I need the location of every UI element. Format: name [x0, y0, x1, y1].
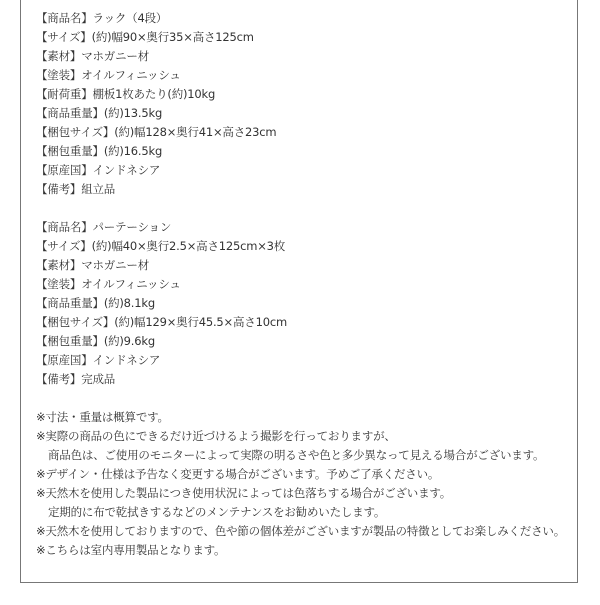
spec-label: 【サイズ】 — [36, 239, 92, 253]
spec-row-finish: 【塗装】オイルフィニッシュ — [36, 275, 566, 294]
spec-label: 【梱包重量】 — [36, 334, 104, 348]
spec-row-finish: 【塗装】オイルフィニッシュ — [36, 66, 566, 85]
spec-value: 組立品 — [81, 182, 115, 196]
spec-label: 【素材】 — [36, 49, 81, 63]
spec-row-size: 【サイズ】(約)幅90×奥行35×高さ125cm — [36, 28, 566, 47]
spec-row-package-size: 【梱包サイズ】(約)幅129×奥行45.5×高さ10cm — [36, 313, 566, 332]
spec-value: 完成品 — [81, 372, 115, 386]
spec-label: 【梱包重量】 — [36, 144, 104, 158]
spec-label: 【塗装】 — [36, 68, 81, 82]
spec-label: 【商品名】 — [36, 11, 93, 25]
spec-row-size: 【サイズ】(約)幅40×奥行2.5×高さ125cm×3枚 — [36, 237, 566, 256]
spec-row-name: 【商品名】パーテーション — [36, 218, 566, 237]
spec-label: 【備考】 — [36, 372, 81, 386]
note-line: ※こちらは室内専用製品となります。 — [36, 541, 566, 560]
spec-label: 【備考】 — [36, 182, 81, 196]
note-line: ※天然木を使用した製品につき使用状況によっては色落ちする場合がございます。 — [36, 484, 566, 503]
spec-row-origin: 【原産国】インドネシア — [36, 351, 566, 370]
spec-value: オイルフィニッシュ — [81, 68, 181, 82]
spec-row-origin: 【原産国】インドネシア — [36, 161, 566, 180]
spec-label: 【塗装】 — [36, 277, 81, 291]
spec-label: 【サイズ】 — [36, 30, 92, 44]
spec-label: 【耐荷重】 — [36, 87, 93, 101]
spec-value: マホガニー材 — [81, 258, 149, 272]
spec-row-package-weight: 【梱包重量】(約)9.6kg — [36, 332, 566, 351]
spec-label: 【梱包サイズ】 — [36, 315, 114, 329]
notes-section: ※寸法・重量は概算です。 ※実際の商品の色にできるだけ近づけるよう撮影を行ってお… — [36, 408, 566, 560]
spec-label: 【原産国】 — [36, 353, 93, 367]
product-spec-rack: 【商品名】ラック（4段） 【サイズ】(約)幅90×奥行35×高さ125cm 【素… — [36, 9, 566, 199]
spec-content: 【商品名】ラック（4段） 【サイズ】(約)幅90×奥行35×高さ125cm 【素… — [36, 9, 566, 560]
note-line: 商品色は、ご使用のモニターによって実際の明るさや色と多少異なって見える場合がござ… — [36, 446, 566, 465]
spec-row-remarks: 【備考】完成品 — [36, 370, 566, 389]
spec-row-weight: 【商品重量】(約)8.1kg — [36, 294, 566, 313]
spec-row-package-weight: 【梱包重量】(約)16.5kg — [36, 142, 566, 161]
spec-value: インドネシア — [93, 163, 161, 177]
note-line: ※デザイン・仕様は予告なく変更する場合がございます。予めご了承ください。 — [36, 465, 566, 484]
section-spacer — [36, 199, 566, 218]
spec-value: (約)幅128×奥行41×高さ23cm — [114, 125, 276, 139]
section-spacer — [36, 389, 566, 408]
spec-value: (約)8.1kg — [104, 296, 155, 310]
spec-label: 【商品重量】 — [36, 296, 104, 310]
spec-row-material: 【素材】マホガニー材 — [36, 47, 566, 66]
spec-value: 棚板1枚あたり(約)10kg — [93, 87, 216, 101]
spec-row-load-capacity: 【耐荷重】棚板1枚あたり(約)10kg — [36, 85, 566, 104]
note-line: ※天然木を使用しておりますので、色や節の個体差がございますが製品の特徴としてお楽… — [36, 522, 566, 541]
spec-row-name: 【商品名】ラック（4段） — [36, 9, 566, 28]
spec-value: (約)16.5kg — [104, 144, 162, 158]
spec-label: 【商品重量】 — [36, 106, 104, 120]
note-line: 定期的に布で乾拭きするなどのメンテナンスをお勧めいたします。 — [36, 503, 566, 522]
note-line: ※実際の商品の色にできるだけ近づけるよう撮影を行っておりますが、 — [36, 427, 566, 446]
spec-value: (約)幅90×奥行35×高さ125cm — [92, 30, 254, 44]
spec-label: 【素材】 — [36, 258, 81, 272]
spec-row-material: 【素材】マホガニー材 — [36, 256, 566, 275]
spec-value: (約)幅129×奥行45.5×高さ10cm — [114, 315, 287, 329]
spec-label: 【商品名】 — [36, 220, 93, 234]
spec-value: (約)13.5kg — [104, 106, 162, 120]
spec-value: パーテーション — [93, 220, 172, 234]
spec-value: インドネシア — [93, 353, 161, 367]
spec-value: (約)幅40×奥行2.5×高さ125cm×3枚 — [92, 239, 286, 253]
spec-value: (約)9.6kg — [104, 334, 155, 348]
spec-label: 【原産国】 — [36, 163, 93, 177]
spec-row-package-size: 【梱包サイズ】(約)幅128×奥行41×高さ23cm — [36, 123, 566, 142]
spec-value: マホガニー材 — [81, 49, 149, 63]
spec-row-weight: 【商品重量】(約)13.5kg — [36, 104, 566, 123]
spec-label: 【梱包サイズ】 — [36, 125, 114, 139]
spec-value: オイルフィニッシュ — [81, 277, 181, 291]
note-line: ※寸法・重量は概算です。 — [36, 408, 566, 427]
spec-value: ラック（4段） — [93, 11, 168, 25]
product-spec-partition: 【商品名】パーテーション 【サイズ】(約)幅40×奥行2.5×高さ125cm×3… — [36, 218, 566, 389]
spec-row-remarks: 【備考】組立品 — [36, 180, 566, 199]
product-spec-box: 【商品名】ラック（4段） 【サイズ】(約)幅90×奥行35×高さ125cm 【素… — [20, 0, 578, 583]
